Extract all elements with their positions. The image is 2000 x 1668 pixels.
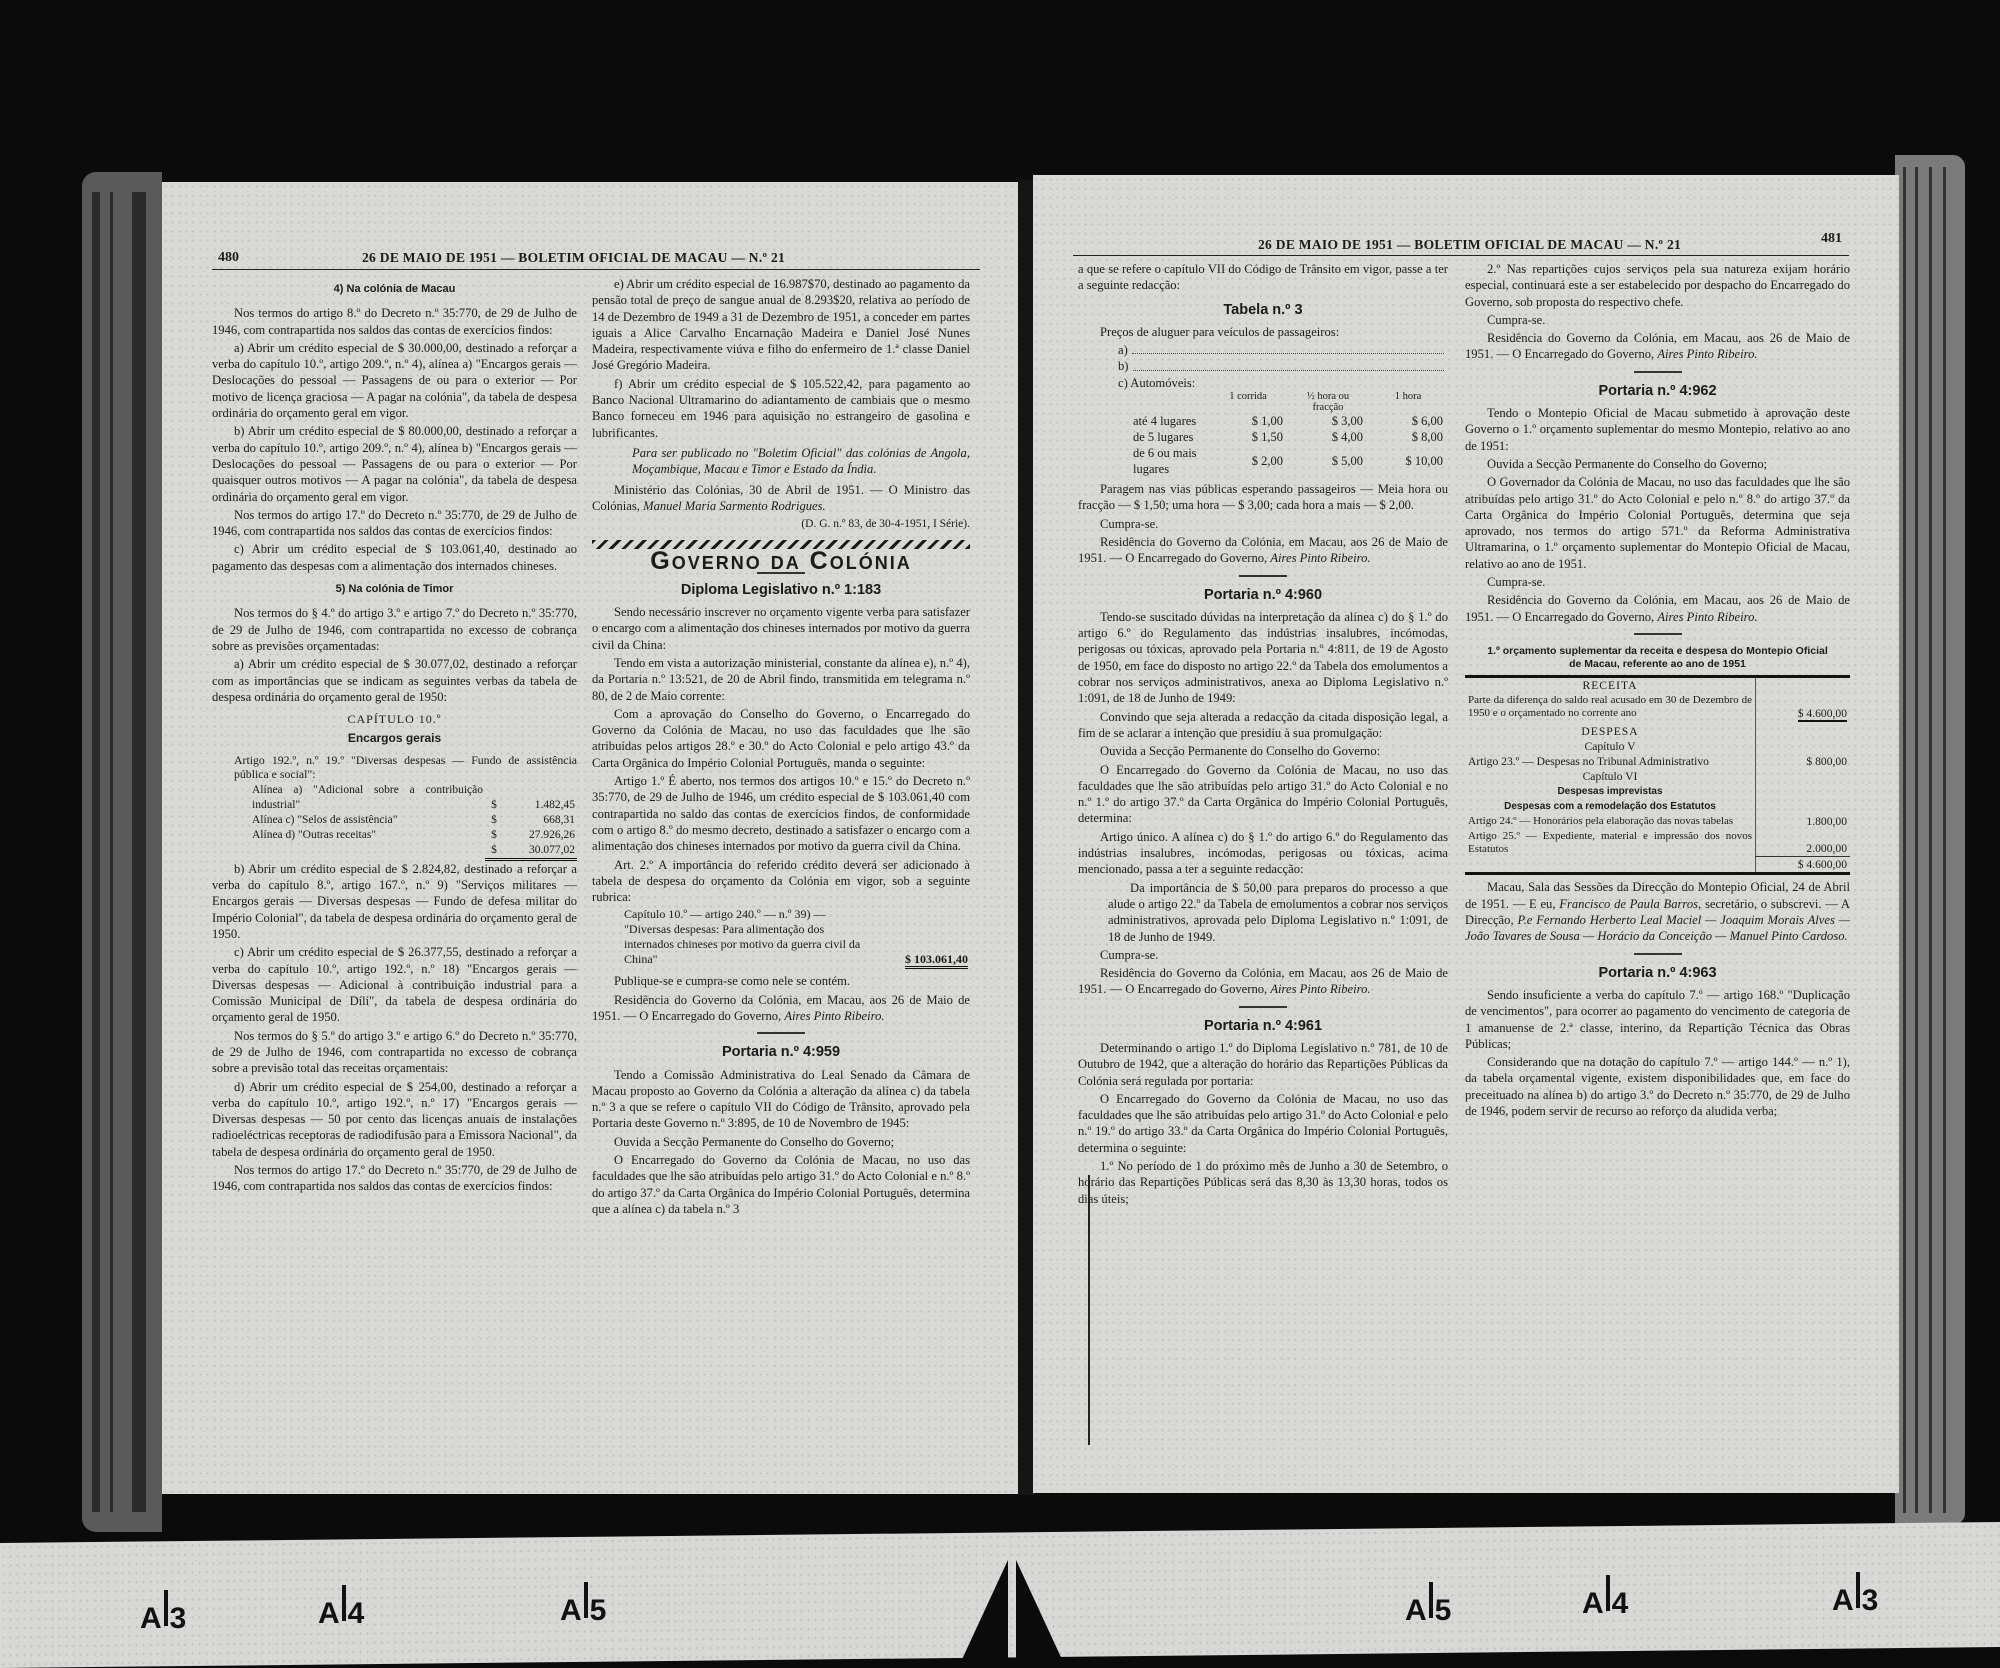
paragraph: Artigo único. A alínea c) do § 1.º do ar… (1078, 829, 1448, 878)
divider (1239, 1006, 1287, 1008)
fare-row-label: de 6 ou mais lugares (1128, 445, 1208, 477)
page-number-right: 481 (1821, 231, 1842, 247)
portaria-title: Portaria n.º 4:961 (1078, 1018, 1448, 1034)
fare-value: $ 2,00 (1208, 445, 1288, 477)
paragraph: Sendo necessário inscrever no orçamento … (592, 604, 970, 653)
divider (757, 1032, 805, 1034)
source-citation: (D. G. n.º 83, de 30-4-1951, I Série). (592, 516, 970, 532)
allocation-amount: 27.926,26 (503, 828, 577, 843)
book-edge-right (1895, 155, 1965, 1525)
portaria-title: Portaria n.º 4:959 (592, 1044, 970, 1060)
marker-letter: A (318, 1597, 340, 1630)
chapter-vi-sub2: Despesas com a remodelação dos Estatutos (1465, 799, 1756, 814)
marker-number: 5 (590, 1594, 607, 1627)
currency-symbol: $ (485, 843, 503, 860)
signature-paragraph: Macau, Sala das Sessões da Direcção do M… (1465, 879, 1850, 944)
header-rule (212, 269, 980, 270)
page-stack-line (1915, 167, 1918, 1513)
signatory-name: Aires Pinto Ribeiro. (784, 1009, 884, 1023)
artigo-23: Artigo 23.º — Despesas no Tribunal Admin… (1465, 754, 1756, 769)
rubric-amount: $ 103.061,40 (905, 952, 968, 969)
fare-value: $ 1,00 (1208, 413, 1288, 429)
artigo-24: Artigo 24.º — Honorários pela elaboração… (1465, 814, 1756, 829)
quoted-paragraph: Da importância de $ 50,00 para preparos … (1108, 880, 1448, 945)
film-frame-marker: A3 (1832, 1572, 1878, 1618)
page-stack-line (92, 192, 100, 1512)
margin-line (1088, 1175, 1090, 1445)
marker-letter: A (1832, 1584, 1854, 1617)
signature-paragraph: Residência do Governo da Colónia, em Mac… (1465, 330, 1850, 363)
paragraph: O Governador da Colónia de Macau, no uso… (1465, 474, 1850, 572)
diploma-title: Diploma Legislativo n.º 1:183 (592, 582, 970, 598)
paragraph: Artigo 1.º É aberto, nos termos dos arti… (592, 773, 970, 854)
currency-symbol: $ (485, 813, 503, 828)
allocation-row: Alínea a) "Adicional sobre a contribuiçã… (250, 783, 577, 813)
signature-text: Residência do Governo da Colónia, em Mac… (1078, 966, 1448, 996)
right-page-column-2: 2.º Nas repartições cujos serviços pela … (1465, 261, 1850, 1121)
fare-value: $ 3,00 (1288, 413, 1368, 429)
right-page: 26 DE MAIO DE 1951 — BOLETIM OFICIAL DE … (1033, 175, 1899, 1493)
chapter-v: Capítulo V (1465, 739, 1756, 754)
fare-column-header: 1 hora (1368, 391, 1448, 413)
page-stack-line (1903, 167, 1906, 1513)
paragraph: Cumpra-se. (1078, 516, 1448, 532)
signatory-name: Aires Pinto Ribeiro. (1657, 347, 1757, 361)
film-frame-marker: A5 (560, 1582, 606, 1628)
paragraph: c) Abrir um crédito especial de $ 103.06… (212, 541, 577, 574)
item-label: b) (1118, 358, 1129, 374)
paragraph: a) Abrir um crédito especial de $ 30.000… (212, 340, 577, 421)
table-title: Tabela n.º 3 (1078, 302, 1448, 318)
chapter-vi-sub1: Despesas imprevistas (1465, 784, 1756, 799)
portaria-title: Portaria n.º 4:962 (1465, 383, 1850, 399)
fare-column-header: 1 corrida (1208, 391, 1288, 413)
signatory-name: Manuel Maria Sarmento Rodrigues. (643, 499, 826, 513)
right-page-column-1: a que se refere o capítulo VII do Código… (1078, 261, 1448, 1209)
marker-letter: A (1405, 1594, 1427, 1627)
allocation-label: Alínea c) "Selos de assistência" (250, 813, 485, 828)
allocation-total-row: $ 30.077,02 (250, 843, 577, 860)
paragraph: Ouvida a Secção Permanente do Conselho d… (1078, 743, 1448, 759)
allocation-row: Alínea c) "Selos de assistência" $ 668,3… (250, 813, 577, 828)
allocation-total: 30.077,02 (503, 843, 577, 860)
marker-number: 3 (1862, 1584, 1879, 1617)
page-stack-line (1943, 167, 1946, 1513)
chapter-heading: CAPÍTULO 10.º (212, 711, 577, 727)
fare-value: $ 4,00 (1288, 429, 1368, 445)
fare-value: $ 8,00 (1368, 429, 1448, 445)
paragraph: Considerando que na dotação do capítulo … (1465, 1054, 1850, 1119)
paragraph: Publique-se e cumpra-se como nele se con… (592, 973, 970, 989)
despesa-heading: DESPESA (1465, 721, 1756, 739)
chapter-subheading: Encargos gerais (212, 730, 577, 746)
artigo-23-amount: $ 800,00 (1756, 754, 1851, 769)
fare-value: $ 1,50 (1208, 429, 1288, 445)
divider (1634, 953, 1682, 955)
allocation-table: Alínea a) "Adicional sobre a contribuiçã… (250, 783, 577, 861)
page-stack-line (110, 192, 113, 1512)
list-item: a) (1118, 342, 1448, 358)
film-frame-marker: A4 (1582, 1575, 1628, 1621)
allocation-amount: 1.482,45 (503, 783, 577, 813)
fare-table: 1 corrida½ hora ou fracção1 hora até 4 l… (1128, 391, 1448, 477)
fare-column-header: ½ hora ou fracção (1288, 391, 1368, 413)
marker-number: 3 (170, 1602, 187, 1635)
signature-paragraph: Residência do Governo da Colónia, em Mac… (1078, 965, 1448, 998)
section-title: 4) Na colónia de Macau (212, 281, 577, 297)
paragraph: a que se refere o capítulo VII do Código… (1078, 261, 1448, 294)
marker-letter: A (560, 1594, 582, 1627)
paragraph: d) Abrir um crédito especial de $ 254,00… (212, 1079, 577, 1160)
fare-value: $ 5,00 (1288, 445, 1368, 477)
paragraph: Nos termos do artigo 8.º do Decreto n.º … (212, 305, 577, 338)
budget-title: 1.º orçamento suplementar da receita e d… (1485, 645, 1830, 671)
divider (1634, 371, 1682, 373)
artigo-line: Artigo 192.º, n.º 19.º "Diversas despesa… (234, 753, 577, 781)
paragraph: 2.º Nas repartições cujos serviços pela … (1465, 261, 1850, 310)
paragraph: Sendo insuficiente a verba do capítulo 7… (1465, 987, 1850, 1052)
paragraph: Determinando o artigo 1.º do Diploma Leg… (1078, 1040, 1448, 1089)
fare-row-label: de 5 lugares (1128, 429, 1208, 445)
paragraph: Cumpra-se. (1465, 312, 1850, 328)
paragraph: Cumpra-se. (1465, 574, 1850, 590)
marker-bar (342, 1585, 346, 1621)
item-label: a) (1118, 342, 1128, 358)
paragraph: Preços de aluguer para veículos de passa… (1078, 324, 1448, 340)
paragraph: Nos termos do artigo 17.º do Decreto n.º… (212, 1162, 577, 1195)
film-frame-marker: A4 (318, 1585, 364, 1631)
chapter-vi: Capítulo VI (1465, 769, 1756, 784)
paragraph: Tendo a Comissão Administrativa do Leal … (592, 1067, 970, 1132)
divider (1239, 575, 1287, 577)
signatory-name: Francisco de Paula Barros, (1559, 897, 1701, 911)
page-stack-line (1929, 167, 1932, 1513)
currency-symbol: $ (485, 828, 503, 843)
page-number-left: 480 (218, 250, 239, 266)
receita-heading: RECEITA (1465, 676, 1756, 693)
paragraph: Ouvida a Secção Permanente do Conselho d… (1465, 456, 1850, 472)
signature-text: Residência do Governo da Colónia, em Mac… (592, 993, 970, 1023)
paragraph: Tendo-se suscitado dúvidas na interpreta… (1078, 609, 1448, 707)
artigo-25: Artigo 25.º — Expediente, material e imp… (1465, 829, 1756, 857)
fare-row: até 4 lugares$ 1,00$ 3,00$ 6,00 (1128, 413, 1448, 429)
marker-bar (1429, 1582, 1433, 1618)
running-title-right: 26 DE MAIO DE 1951 — BOLETIM OFICIAL DE … (1258, 237, 1681, 253)
signature-paragraph: Ministério das Colónias, 30 de Abril de … (592, 482, 970, 515)
marker-number: 4 (348, 1597, 365, 1630)
paragraph: f) Abrir um crédito especial de $ 105.52… (592, 376, 970, 441)
artigo-25-amount: 2.000,00 (1756, 829, 1851, 857)
left-page: 480 26 DE MAIO DE 1951 — BOLETIM OFICIAL… (162, 182, 1020, 1494)
fare-row: de 5 lugares$ 1,50$ 4,00$ 8,00 (1128, 429, 1448, 445)
rubric-text: Capítulo 10.º — artigo 240.º — n.º 39) —… (622, 907, 876, 967)
paragraph: a) Abrir um crédito especial de $ 30.077… (212, 656, 577, 705)
signature-paragraph: Residência do Governo da Colónia, em Mac… (592, 992, 970, 1025)
publish-note: Para ser publicado no "Boletim Oficial" … (632, 445, 970, 478)
list-item: b) (1118, 358, 1448, 374)
paragraph: Ouvida a Secção Permanente do Conselho d… (592, 1134, 970, 1150)
budget-total: $ 4.600,00 (1756, 857, 1851, 874)
marker-bar (1606, 1575, 1610, 1611)
section-banner-title: Governo da Colónia (592, 553, 970, 569)
marker-bar (584, 1582, 588, 1618)
paragraph: O Encarregado do Governo da Colónia de M… (592, 1152, 970, 1217)
signature-paragraph: Residência do Governo da Colónia, em Mac… (1465, 592, 1850, 625)
allocation-row: Alínea d) "Outras receitas" $ 27.926,26 (250, 828, 577, 843)
fare-row: de 6 ou mais lugares$ 2,00$ 5,00$ 10,00 (1128, 445, 1448, 477)
signatory-name: Aires Pinto Ribeiro. (1270, 551, 1370, 565)
paragraph: Com a aprovação do Conselho do Governo, … (592, 706, 970, 771)
paragraph: Nos termos do § 4.º do artigo 3.º e arti… (212, 605, 577, 654)
signature-text: Residência do Governo da Colónia, em Mac… (1078, 535, 1448, 565)
paragraph: b) Abrir um crédito especial de $ 80.000… (212, 423, 577, 504)
signatory-name: Aires Pinto Ribeiro. (1270, 982, 1370, 996)
header-rule (1073, 255, 1849, 256)
paragraph: Nos termos do artigo 17.º do Decreto n.º… (212, 507, 577, 540)
rubric-table: Capítulo 10.º — artigo 240.º — n.º 39) —… (622, 907, 970, 967)
left-page-column-1: 4) Na colónia de Macau Nos termos do art… (212, 274, 577, 1197)
fare-value: $ 6,00 (1368, 413, 1448, 429)
list-item: c) Automóveis: (1118, 375, 1448, 391)
paragraph: e) Abrir um crédito especial de 16.987$7… (592, 276, 970, 374)
film-frame-marker: A5 (1405, 1582, 1451, 1628)
divider (1634, 633, 1682, 635)
paragraph: Art. 2.º A importância do referido crédi… (592, 857, 970, 906)
section-title: 5) Na colónia de Timor (212, 581, 577, 597)
budget-table: RECEITA Parte da diferença do saldo real… (1465, 675, 1850, 876)
paragraph: O Encarregado do Governo da Colónia de M… (1078, 762, 1448, 827)
running-title-left: 26 DE MAIO DE 1951 — BOLETIM OFICIAL DE … (362, 250, 785, 266)
artigo-24-amount: 1.800,00 (1756, 814, 1851, 829)
paragraph: 1.º No período de 1 do próximo mês de Ju… (1078, 1158, 1448, 1207)
allocation-label: Alínea d) "Outras receitas" (250, 828, 485, 843)
receita-item: Parte da diferença do saldo real acusado… (1465, 693, 1756, 721)
paragraph: Tendo em vista a autorização ministerial… (592, 655, 970, 704)
paragraph: Cumpra-se. (1078, 947, 1448, 963)
paragraph: Paragem nas vias públicas esperando pass… (1078, 481, 1448, 514)
page-stack-line (132, 192, 146, 1512)
marker-bar (1856, 1572, 1860, 1608)
currency-symbol: $ (485, 783, 503, 813)
portaria-title: Portaria n.º 4:960 (1078, 587, 1448, 603)
marker-number: 5 (1435, 1594, 1452, 1627)
paragraph: Convindo que seja alterada a redacção da… (1078, 709, 1448, 742)
portaria-title: Portaria n.º 4:963 (1465, 965, 1850, 981)
marker-letter: A (1582, 1587, 1604, 1620)
allocation-amount: 668,31 (503, 813, 577, 828)
left-page-column-2: e) Abrir um crédito especial de 16.987$7… (592, 276, 970, 1219)
signature-paragraph: Residência do Governo da Colónia, em Mac… (1078, 534, 1448, 567)
marker-letter: A (140, 1602, 162, 1635)
signatory-names: P.e Fernando Herberto Leal Maciel — Joaq… (1465, 913, 1850, 943)
fare-value: $ 10,00 (1368, 445, 1448, 477)
book-edge-left (82, 172, 162, 1532)
signatory-name: Aires Pinto Ribeiro. (1657, 610, 1757, 624)
paragraph: Nos termos do § 5.º do artigo 3.º e arti… (212, 1028, 577, 1077)
film-frame-marker: A3 (140, 1590, 186, 1636)
receita-amount: $ 4.600,00 (1798, 707, 1847, 722)
paragraph: c) Abrir um crédito especial de $ 26.377… (212, 944, 577, 1025)
paragraph: b) Abrir um crédito especial de $ 2.824,… (212, 861, 577, 942)
paragraph: O Encarregado do Governo da Colónia de M… (1078, 1091, 1448, 1156)
allocation-label: Alínea a) "Adicional sobre a contribuiçã… (250, 783, 485, 813)
film-triangle-right-icon (1016, 1560, 1066, 1668)
film-triangle-left-icon (958, 1560, 1008, 1668)
fare-row-label: até 4 lugares (1128, 413, 1208, 429)
marker-number: 4 (1612, 1587, 1629, 1620)
marker-bar (164, 1590, 168, 1626)
paragraph: Tendo o Montepio Oficial de Macau submet… (1465, 405, 1850, 454)
